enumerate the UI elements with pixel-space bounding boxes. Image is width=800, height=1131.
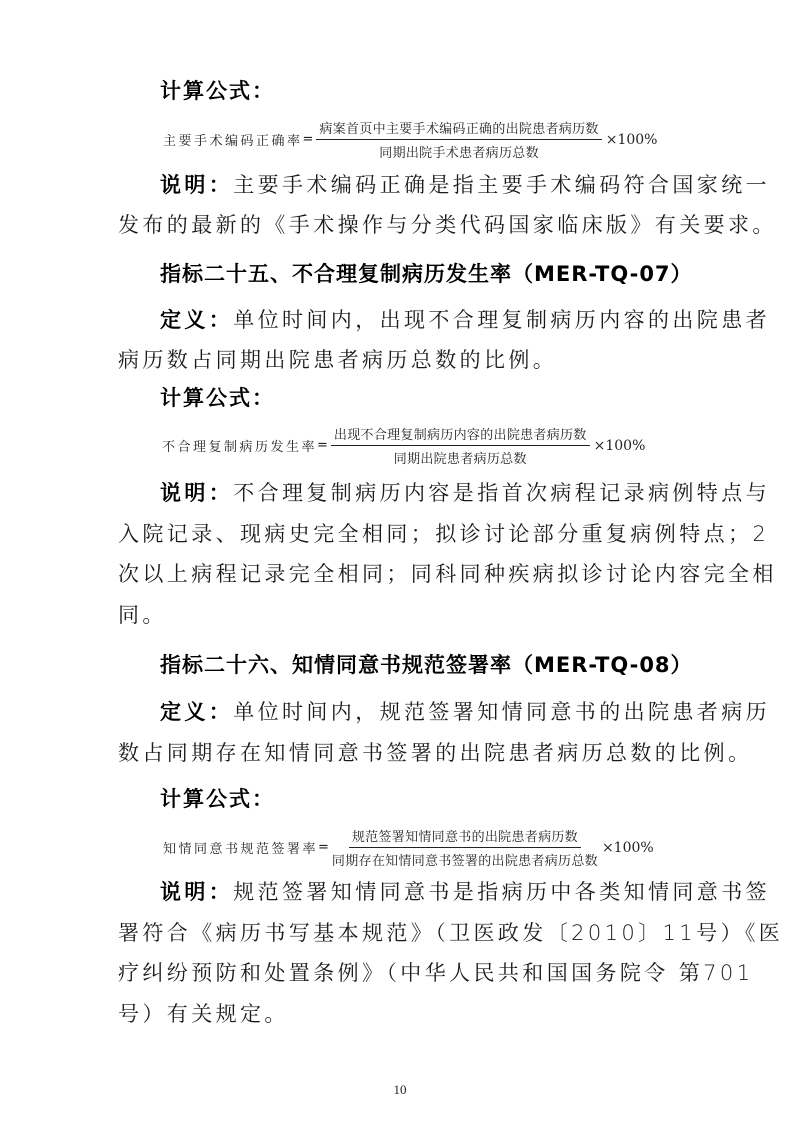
- note-text-line: 同。: [118, 600, 698, 630]
- formula-equals: =: [318, 840, 329, 855]
- formula-fraction: 出现不合理复制病历内容的出院患者病历数 同期出院患者病历总数: [331, 424, 590, 467]
- note-text-line: 发布的最新的《手术操作与分类代码国家临床版》有关要求。: [118, 210, 698, 240]
- note-paragraph-line: 说明：主要手术编码正确是指主要手术编码符合国家统一: [160, 170, 740, 200]
- formula-informed-consent-rate: 知情同意书规范签署率 = 规范签署知情同意书的出院患者病历数 同期存在知情同意书…: [163, 826, 654, 869]
- note-label: 说明：: [160, 173, 233, 197]
- formula-label: 计算公式：: [160, 383, 740, 413]
- formula-multiplier: ×100%: [594, 438, 646, 454]
- formula-fraction: 病案首页中主要手术编码正确的出院患者病历数 同期出院手术患者病历总数: [316, 118, 601, 161]
- formula-denominator: 同期存在知情同意书签署的出院患者病历总数: [332, 848, 598, 869]
- note-label: 说明：: [160, 481, 233, 505]
- formula-equals: =: [317, 438, 328, 453]
- note-text-line: 次以上病程记录完全相同；同科同种疾病拟诊讨论内容完全相: [118, 559, 698, 589]
- formula-numerator: 出现不合理复制病历内容的出院患者病历数: [331, 424, 590, 446]
- note-text-line: 疗纠纷预防和处置条例》（中华人民共和国国务院令 第701: [118, 958, 698, 988]
- note-text: 不合理复制病历内容是指首次病程记录病例特点与: [233, 481, 770, 505]
- definition-paragraph-line: 定义：单位时间内，规范签署知情同意书的出院患者病历: [160, 697, 740, 727]
- formula-numerator: 规范签署知情同意书的出院患者病历数: [349, 826, 581, 848]
- definition-text-line: 病历数占同期出院患者病历总数的比例。: [118, 345, 698, 375]
- note-text-line: 署符合《病历书写基本规范》（卫医政发〔2010〕11号）《医: [118, 918, 698, 948]
- definition-text-line: 数占同期存在知情同意书签署的出院患者病历总数的比例。: [118, 738, 698, 768]
- note-paragraph-line: 说明：不合理复制病历内容是指首次病程记录病例特点与: [160, 478, 740, 508]
- note-paragraph-line: 说明：规范签署知情同意书是指病历中各类知情同意书签: [160, 877, 740, 907]
- formula-lhs: 不合理复制病历发生率: [162, 436, 317, 455]
- note-text: 规范签署知情同意书是指病历中各类知情同意书签: [233, 880, 770, 904]
- formula-improper-copy-rate: 不合理复制病历发生率 = 出现不合理复制病历内容的出院患者病历数 同期出院患者病…: [162, 424, 645, 467]
- section-heading: 指标二十六、知情同意书规范签署率（MER-TQ-08）: [160, 650, 740, 680]
- formula-numerator: 病案首页中主要手术编码正确的出院患者病历数: [316, 118, 601, 140]
- definition-paragraph-line: 定义：单位时间内，出现不合理复制病历内容的出院患者: [160, 305, 740, 335]
- page-number: 10: [0, 1082, 800, 1098]
- formula-fraction: 规范签署知情同意书的出院患者病历数 同期存在知情同意书签署的出院患者病历总数: [332, 826, 598, 869]
- formula-label: 计算公式：: [160, 784, 740, 814]
- document-page: 计算公式： 主要手术编码正确率 = 病案首页中主要手术编码正确的出院患者病历数 …: [0, 0, 800, 1131]
- formula-equals: =: [303, 132, 314, 147]
- note-text: 主要手术编码正确是指主要手术编码符合国家统一: [233, 173, 770, 197]
- formula-multiplier: ×100%: [606, 132, 658, 148]
- note-label: 说明：: [160, 880, 233, 904]
- formula-surgery-coding-accuracy: 主要手术编码正确率 = 病案首页中主要手术编码正确的出院患者病历数 同期出院手术…: [163, 118, 658, 161]
- formula-lhs: 主要手术编码正确率: [163, 130, 303, 149]
- section-heading: 指标二十五、不合理复制病历发生率（MER-TQ-07）: [160, 259, 740, 289]
- note-text-line: 入院记录、现病史完全相同；拟诊讨论部分重复病例特点；2: [118, 519, 698, 549]
- note-text-line: 号）有关规定。: [118, 999, 698, 1029]
- formula-multiplier: ×100%: [602, 840, 654, 856]
- definition-text: 单位时间内，规范签署知情同意书的出院患者病历: [233, 700, 770, 724]
- definition-text: 单位时间内，出现不合理复制病历内容的出院患者: [233, 308, 770, 332]
- formula-denominator: 同期出院患者病历总数: [394, 446, 527, 467]
- definition-label: 定义：: [160, 700, 233, 724]
- formula-denominator: 同期出院手术患者病历总数: [379, 140, 539, 161]
- formula-lhs: 知情同意书规范签署率: [163, 838, 318, 857]
- formula-label: 计算公式：: [160, 76, 740, 106]
- definition-label: 定义：: [160, 308, 233, 332]
